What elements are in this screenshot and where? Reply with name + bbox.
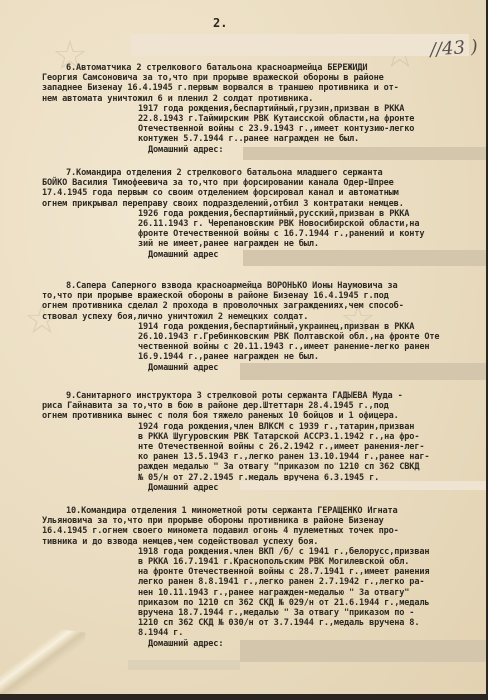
bio-text-line: ко ранен 13.5.1943 г.,легко ранен 13.10.… <box>42 452 486 462</box>
bio-text-line: 1917 года рождения,беспартийный,грузин,п… <box>42 104 486 114</box>
bio-text-line: Отечественной войны с 23.9.1943 г.,имеет… <box>42 124 486 134</box>
redaction-box <box>240 640 486 662</box>
bio-text-line: в РККА Шугуровским РВК Татарской АССР3.1… <box>42 432 486 442</box>
bio-text-line: 22.8.1943 г.Таймирским РВК Кутаисской об… <box>42 114 486 124</box>
entry-text-line: 10.Командира отделения 1 минометной роты… <box>42 506 486 516</box>
entry-text-line: Георгия Самсоновича за то,что при прорыв… <box>42 73 486 83</box>
award-entry-7: 7.Командира отделения 2 стрелкового бата… <box>42 168 486 260</box>
bio-text-line: 8.1944 г. <box>42 628 486 638</box>
entry-text-line: то,что при прорыве вражеской обороны в р… <box>42 291 486 301</box>
bio-text-line: фронте Отечественной войны с 16.7.1944 г… <box>42 229 486 239</box>
entry-text-line: 7.Командира отделения 2 стрелкового бата… <box>42 168 486 178</box>
award-entry-10: 10.Командира отделения 1 минометной роты… <box>42 506 486 649</box>
bio-text-line: чественной войны с 20.11.1943 г.,имеет р… <box>42 342 486 352</box>
bio-text-line: в РККА 16.7.1941 г.Краснопольским РВК Мо… <box>42 557 486 567</box>
bio-text-line: на фронте Отечественной войны с 28.7.194… <box>42 567 486 577</box>
redaction-box <box>243 147 486 160</box>
redaction-box <box>240 481 486 490</box>
bio-text-line: нен 10.11.1943 г.,ранее награжден-медаль… <box>42 588 486 598</box>
bio-text-line: 1924 года рождения,член ВЛКСМ с 1939 г.,… <box>42 422 486 432</box>
entry-text-line: тивника и до взвода немцев,чем содейство… <box>42 537 486 547</box>
bio-text-line: 1918 года рождения.член ВКП /б/ с 1941 г… <box>42 547 486 557</box>
bio-text-line: 1210 сп 362 СКД № 030/н от 3.7.1944 г.,м… <box>42 618 486 628</box>
bio-text-line: 26.11.1943 г. Черепановским РВК Новосиби… <box>42 219 486 229</box>
entry-text-line: огнем противника сделал 2 прохода в пров… <box>42 301 486 311</box>
bio-text-line: ражден медалью " За отвагу "приказом по … <box>42 462 486 472</box>
award-entry-8: 8.Сапера Саперного взвода красноармейца … <box>42 281 486 373</box>
entry-text-line: 6.Автоматчика 2 стрелкового батальона кр… <box>42 63 486 73</box>
entry-text-line: огнем противника вынес с поля боя тяжело… <box>42 411 486 421</box>
redaction-box <box>240 363 486 380</box>
entry-text-line: Ульяновича за то,что при прорыве обороны… <box>42 516 486 526</box>
entry-text-line: риса Гайнавита за то,что в бою в районе … <box>42 401 486 411</box>
bio-text-line: зий не имеет,ранее награжден не был. <box>42 239 486 249</box>
bio-text-line: 1914 года рождения,беспартийный,украинец… <box>42 322 486 332</box>
entry-text-line: БОЙКО Василия Тимофеевича за то,что при … <box>42 178 486 188</box>
redaction-box <box>243 250 486 266</box>
entry-text-line: огнем прикрывал переправу своих подразде… <box>42 199 486 209</box>
award-entry-6: 6.Автоматчика 2 стрелкового батальона кр… <box>42 63 486 155</box>
page-number: 2. <box>213 16 227 30</box>
entry-text-line: нем автомата уничтожил 6 и пленил 2 солд… <box>42 94 486 104</box>
entry-text-line: ствовал успеху боя,лично уничтожил 2 нем… <box>42 312 486 322</box>
handwritten-mark: //43 ) <box>429 36 478 60</box>
redaction-band <box>131 34 469 56</box>
redaction-box <box>128 660 240 670</box>
bio-text-line: контужен 5.7.1944 г..ранее награжден не … <box>42 134 486 144</box>
entry-text-line: 8.Сапера Саперного взвода красноармейца … <box>42 281 486 291</box>
bio-text-line: вручена 18.7.1944 г.,медалью " За отвагу… <box>42 608 486 618</box>
bio-text-line: 26.10.1943 г.Гребинковским РВК Полтавско… <box>42 332 486 342</box>
entry-text-line: 17.4.1945 года первым со своим отделение… <box>42 188 486 198</box>
document-page: ☆ ☆ ☆ ☆ 2. //43 ) 6.Автоматчика 2 стрелк… <box>0 0 486 694</box>
entry-text-line: 16.4.1945 г.огнем своего миномета подави… <box>42 526 486 536</box>
entry-text-line: западнее Бизенау 16.4.1945 г.первым ворв… <box>42 83 486 93</box>
bio-text-line: нте Отечественной войны с 26.2.1942 г.,и… <box>42 442 486 452</box>
bio-text-line: 16.9.1944 г.,ранее награжден не был. <box>42 352 486 362</box>
bio-text-line: приказом по 1210 сп 362 СКД № 029/н от 2… <box>42 598 486 608</box>
entry-text-line: 9.Санитарного инструктора 3 стрелковой р… <box>42 391 486 401</box>
award-entry-9: 9.Санитарного инструктора 3 стрелковой р… <box>42 391 486 493</box>
bio-text-line: легко ранен 8.8.1941 г.,легко ранен 2.7.… <box>42 577 486 587</box>
bio-text-line: 1926 года рождения,беспартийный,русский,… <box>42 209 486 219</box>
